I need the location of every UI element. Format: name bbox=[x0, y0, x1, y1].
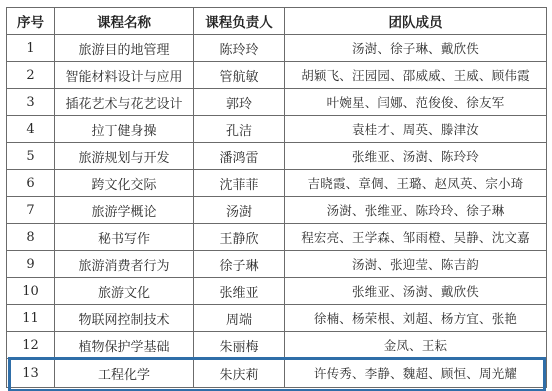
cell-team-members: 叶婉星、闫娜、范俊俊、徐友军 bbox=[285, 89, 547, 116]
cell-serial-number: 11 bbox=[7, 305, 55, 332]
table-row-highlighted: 13 工程化学 朱庆莉 许传秀、李静、魏超、顾恒、周光耀 bbox=[7, 359, 547, 388]
cell-course-name: 跨文化交际 bbox=[55, 170, 194, 197]
header-team-members: 团队成员 bbox=[285, 8, 547, 35]
cell-serial-number: 9 bbox=[7, 251, 55, 278]
cell-course-name: 旅游文化 bbox=[55, 278, 194, 305]
cell-course-lead: 郭玲 bbox=[194, 89, 285, 116]
cell-course-lead: 朱庆莉 bbox=[194, 359, 285, 388]
cell-course-lead: 沈菲菲 bbox=[194, 170, 285, 197]
cell-course-lead: 孔洁 bbox=[194, 116, 285, 143]
cell-course-name: 拉丁健身操 bbox=[55, 116, 194, 143]
cell-team-members: 汤澍、徐子琳、戴欣佚 bbox=[285, 35, 547, 62]
cell-course-lead: 徐子琳 bbox=[194, 251, 285, 278]
table-row: 12 植物保护学基础 朱丽梅 金凤、王耘 bbox=[7, 332, 547, 359]
cell-serial-number: 8 bbox=[7, 224, 55, 251]
cell-team-members: 程宏亮、王学森、邹雨橙、吴静、沈文嘉 bbox=[285, 224, 547, 251]
cell-team-members: 张维亚、汤澍、陈玲玲 bbox=[285, 143, 547, 170]
cell-team-members: 汤澍、张迎莹、陈吉韵 bbox=[285, 251, 547, 278]
cell-course-lead: 潘鸿雷 bbox=[194, 143, 285, 170]
cell-serial-number: 1 bbox=[7, 35, 55, 62]
cell-course-lead: 陈玲玲 bbox=[194, 35, 285, 62]
header-serial-number: 序号 bbox=[7, 8, 55, 35]
cell-course-lead: 张维亚 bbox=[194, 278, 285, 305]
cell-team-members: 张维亚、汤澍、戴欣佚 bbox=[285, 278, 547, 305]
cell-serial-number: 7 bbox=[7, 197, 55, 224]
cell-serial-number: 3 bbox=[7, 89, 55, 116]
cell-course-lead: 王静欣 bbox=[194, 224, 285, 251]
cell-course-lead: 管航敏 bbox=[194, 62, 285, 89]
header-course-name: 课程名称 bbox=[55, 8, 194, 35]
cell-course-name: 工程化学 bbox=[55, 359, 194, 388]
cell-course-name: 旅游消费者行为 bbox=[55, 251, 194, 278]
course-team-table-container: 序号 课程名称 课程负责人 团队成员 1 旅游目的地管理 陈玲玲 汤澍、徐子琳、… bbox=[6, 7, 546, 388]
cell-course-name: 插花艺术与花艺设计 bbox=[55, 89, 194, 116]
cell-team-members: 吉晓霞、章倜、王璐、赵凤英、宗小琦 bbox=[285, 170, 547, 197]
cell-serial-number: 12 bbox=[7, 332, 55, 359]
course-team-table: 序号 课程名称 课程负责人 团队成员 1 旅游目的地管理 陈玲玲 汤澍、徐子琳、… bbox=[6, 7, 547, 388]
table-row: 5 旅游规划与开发 潘鸿雷 张维亚、汤澍、陈玲玲 bbox=[7, 143, 547, 170]
table-row: 10 旅游文化 张维亚 张维亚、汤澍、戴欣佚 bbox=[7, 278, 547, 305]
table-row: 4 拉丁健身操 孔洁 袁桂才、周英、滕津汝 bbox=[7, 116, 547, 143]
cell-course-name: 旅游规划与开发 bbox=[55, 143, 194, 170]
cell-course-lead: 周端 bbox=[194, 305, 285, 332]
cell-course-lead: 朱丽梅 bbox=[194, 332, 285, 359]
cell-course-name: 智能材料设计与应用 bbox=[55, 62, 194, 89]
cell-course-name: 秘书写作 bbox=[55, 224, 194, 251]
cell-team-members: 许传秀、李静、魏超、顾恒、周光耀 bbox=[285, 359, 547, 388]
header-course-lead: 课程负责人 bbox=[194, 8, 285, 35]
cell-course-name: 植物保护学基础 bbox=[55, 332, 194, 359]
cell-serial-number: 13 bbox=[7, 359, 55, 388]
cell-team-members: 汤澍、张维亚、陈玲玲、徐子琳 bbox=[285, 197, 547, 224]
table-row: 6 跨文化交际 沈菲菲 吉晓霞、章倜、王璐、赵凤英、宗小琦 bbox=[7, 170, 547, 197]
table-row: 2 智能材料设计与应用 管航敏 胡颖飞、汪园园、邵威威、王威、顾伟霞 bbox=[7, 62, 547, 89]
cell-team-members: 金凤、王耘 bbox=[285, 332, 547, 359]
cell-team-members: 胡颖飞、汪园园、邵威威、王威、顾伟霞 bbox=[285, 62, 547, 89]
cell-team-members: 徐楠、杨荣根、刘超、杨方宜、张艳 bbox=[285, 305, 547, 332]
cell-course-name: 物联网控制技术 bbox=[55, 305, 194, 332]
cell-course-lead: 汤澍 bbox=[194, 197, 285, 224]
cell-course-name: 旅游目的地管理 bbox=[55, 35, 194, 62]
cell-serial-number: 2 bbox=[7, 62, 55, 89]
table-row: 3 插花艺术与花艺设计 郭玲 叶婉星、闫娜、范俊俊、徐友军 bbox=[7, 89, 547, 116]
table-row: 11 物联网控制技术 周端 徐楠、杨荣根、刘超、杨方宜、张艳 bbox=[7, 305, 547, 332]
table-row: 9 旅游消费者行为 徐子琳 汤澍、张迎莹、陈吉韵 bbox=[7, 251, 547, 278]
table-row: 8 秘书写作 王静欣 程宏亮、王学森、邹雨橙、吴静、沈文嘉 bbox=[7, 224, 547, 251]
cell-course-name: 旅游学概论 bbox=[55, 197, 194, 224]
cell-serial-number: 4 bbox=[7, 116, 55, 143]
cell-serial-number: 6 bbox=[7, 170, 55, 197]
cell-serial-number: 10 bbox=[7, 278, 55, 305]
cell-team-members: 袁桂才、周英、滕津汝 bbox=[285, 116, 547, 143]
table-row: 7 旅游学概论 汤澍 汤澍、张维亚、陈玲玲、徐子琳 bbox=[7, 197, 547, 224]
table-header-row: 序号 课程名称 课程负责人 团队成员 bbox=[7, 8, 547, 35]
table-row: 1 旅游目的地管理 陈玲玲 汤澍、徐子琳、戴欣佚 bbox=[7, 35, 547, 62]
cell-serial-number: 5 bbox=[7, 143, 55, 170]
